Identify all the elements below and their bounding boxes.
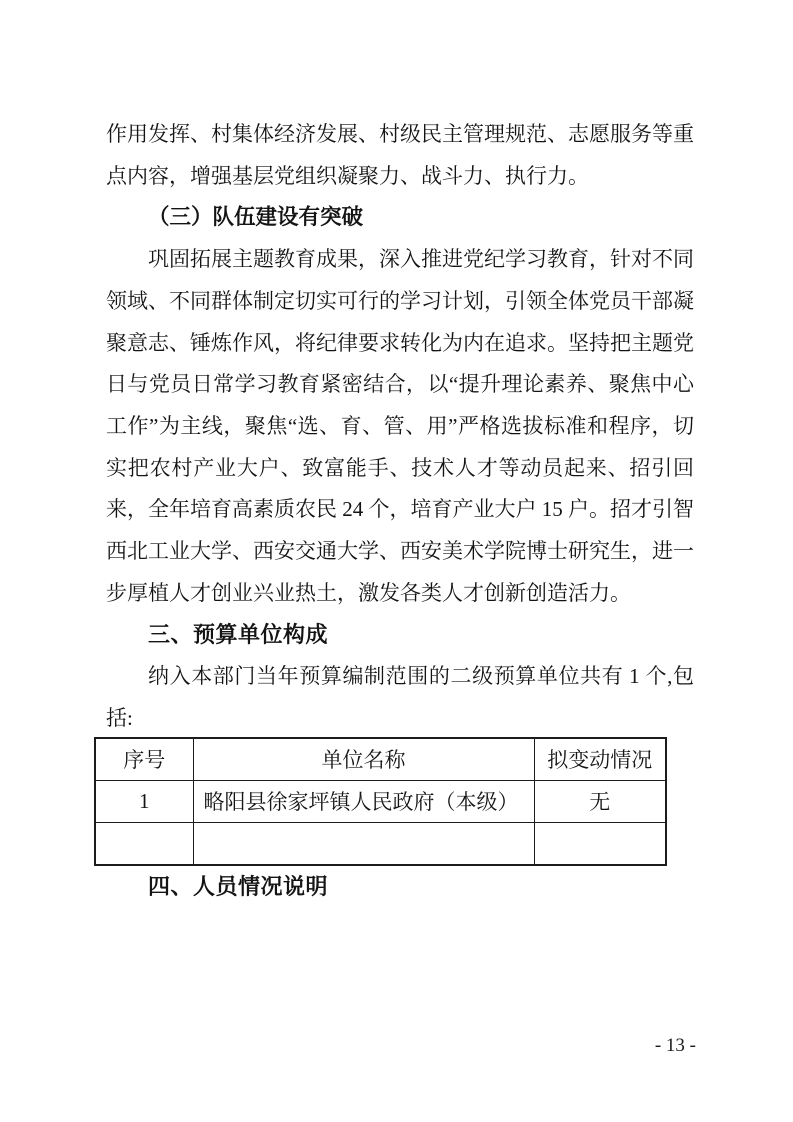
table-cell-serial-number: 1 (95, 780, 193, 822)
table-cell-unit-name: 略阳县徐家坪镇人民政府（本级） (193, 780, 534, 822)
sub-heading-team-building: （三）队伍建设有突破 (106, 197, 694, 239)
heading-personnel-situation: 四、人员情况说明 (106, 866, 694, 908)
budget-units-table: 序号 单位名称 拟变动情况 1 略阳县徐家坪镇人民政府（本级） 无 (94, 737, 667, 866)
heading-budget-unit-composition: 三、预算单位构成 (106, 614, 694, 656)
document-page: 作用发挥、村集体经济发展、村级民主管理规范、志愿服务等重点内容，增强基层党组织凝… (0, 0, 793, 1122)
table-row: 1 略阳县徐家坪镇人民政府（本级） 无 (95, 780, 666, 822)
table-cell-serial-number (95, 822, 193, 865)
paragraph-budget-units: 纳入本部门当年预算编制范围的二级预算单位共有 1 个,包括: (106, 656, 694, 739)
table-header-proposed-change: 拟变动情况 (534, 738, 666, 781)
page-number: - 13 - (655, 1035, 696, 1057)
paragraph-continuation: 作用发挥、村集体经济发展、村级民主管理规范、志愿服务等重点内容，增强基层党组织凝… (106, 114, 694, 197)
table-header-row: 序号 单位名称 拟变动情况 (95, 738, 666, 781)
table-row-empty (95, 822, 666, 865)
table-cell-proposed-change (534, 822, 666, 865)
table-cell-proposed-change: 无 (534, 780, 666, 822)
table-header-unit-name: 单位名称 (193, 738, 534, 781)
paragraph-team-building: 巩固拓展主题教育成果，深入推进党纪学习教育，针对不同领域、不同群体制定切实可行的… (106, 239, 694, 614)
table-cell-unit-name (193, 822, 534, 865)
table-header-serial-number: 序号 (95, 738, 193, 781)
